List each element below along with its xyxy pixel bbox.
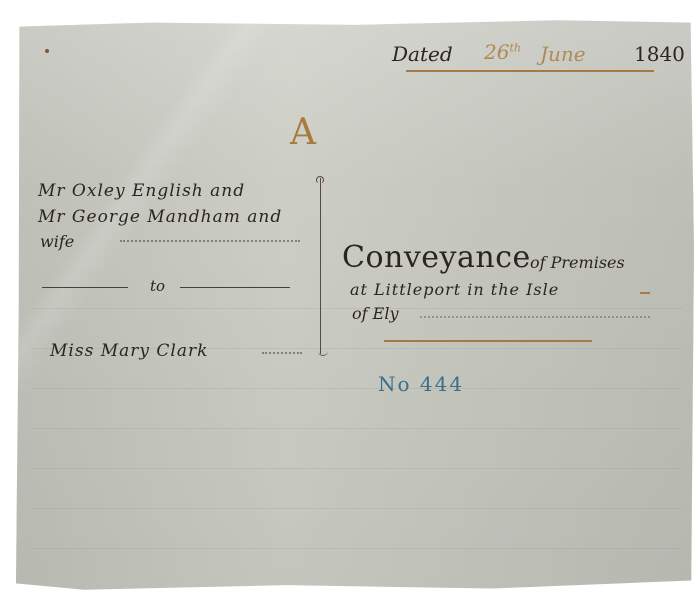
dated-year: 1840: [634, 42, 685, 66]
reference-number: No 444: [378, 372, 464, 396]
title-line-2-dash: [640, 292, 650, 294]
title-line-2: at Littleport in the Isle: [350, 280, 559, 299]
grantors-line-3: wife: [40, 232, 74, 251]
show-through-line: [32, 428, 682, 439]
brace-separator: [320, 178, 321, 354]
ink-speck: [45, 49, 49, 53]
grantors-line-1: Mr Oxley English and: [38, 181, 245, 201]
dated-label: Dated: [392, 42, 453, 66]
dated-day: 26th: [484, 40, 521, 64]
brace-top-curl: [316, 176, 324, 184]
grantee-dot-leader: [262, 352, 302, 354]
dated-day-number: 26: [484, 40, 509, 64]
title-line-3: of Ely: [352, 304, 398, 323]
dated-underline: [406, 70, 654, 72]
dated-day-suffix: th: [509, 41, 521, 54]
title-line-1-rest: of Premises: [530, 253, 625, 272]
show-through-line: [32, 508, 682, 519]
grantors-line-2: Mr George Mandham and: [38, 207, 282, 227]
section-letter: A: [290, 112, 316, 153]
connector-rule-right: [180, 287, 290, 288]
show-through-line: [32, 548, 682, 559]
show-through-line: [32, 468, 682, 479]
grantee-name: Miss Mary Clark: [50, 341, 208, 361]
grantors-dot-leader: [120, 240, 300, 242]
show-through-line: [32, 388, 682, 399]
connector-to: to: [150, 277, 165, 295]
title-dot-leader: [420, 316, 650, 318]
title-heading: Conveyance: [342, 240, 531, 275]
title-underline: [384, 340, 592, 342]
connector-rule-left: [42, 287, 128, 288]
dated-month: June: [540, 42, 586, 66]
